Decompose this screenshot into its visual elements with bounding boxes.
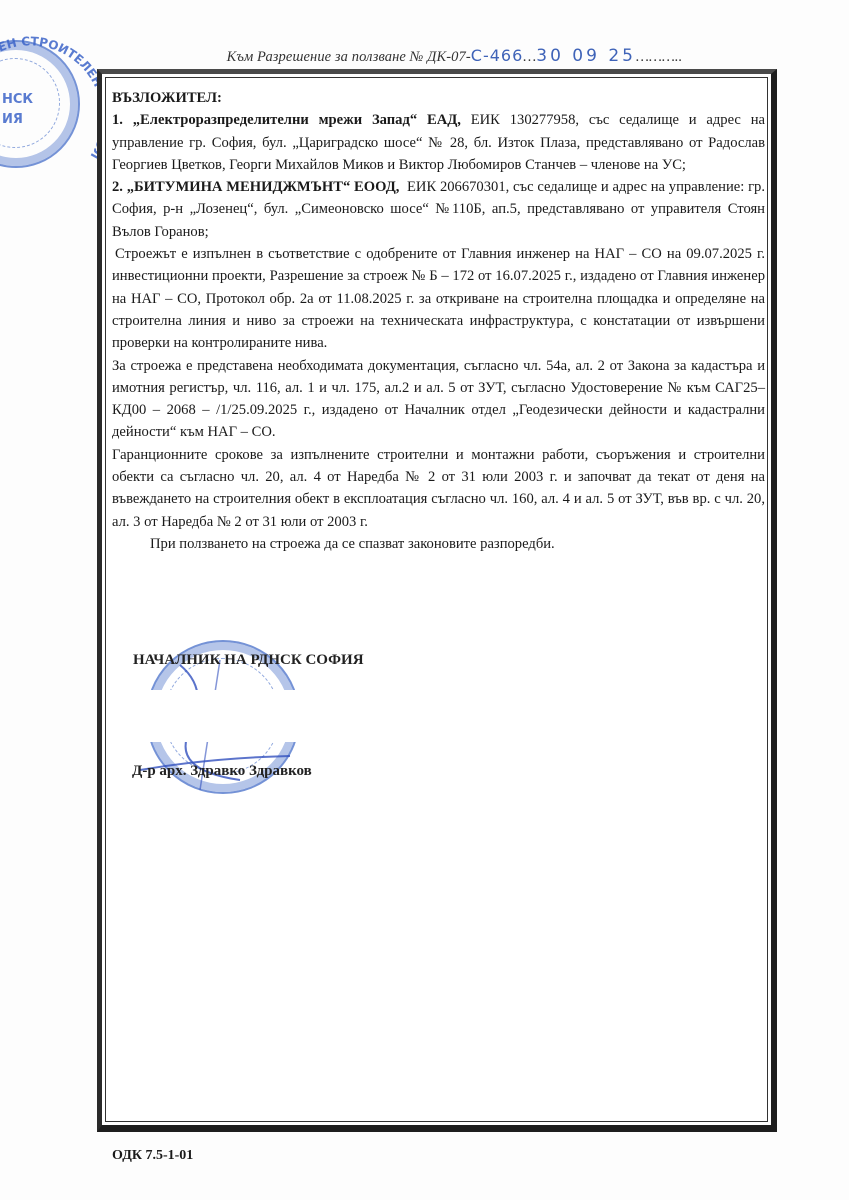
permit-reference-line: Към Разрешение за ползване № ДК-07-С-466… [0, 46, 849, 66]
stamp-text-line1: НСК [2, 92, 33, 107]
assignor-heading: ВЪЗЛОЖИТЕЛ: [112, 87, 765, 109]
paragraph-warranty: Гаранционните срокове за изпълнените стр… [112, 444, 765, 533]
assignor-party-2: 2. „БИТУМИНА МЕНИДЖМЪНТ“ ЕООД, ЕИК 20667… [112, 176, 765, 243]
assignor-party-1: 1. „Електроразпределителни мрежи Запад“ … [112, 109, 765, 176]
party-2-name: 2. „БИТУМИНА МЕНИДЖМЪНТ“ ЕООД, [112, 179, 399, 195]
dots: … [523, 49, 536, 65]
redacted-signature-area [130, 690, 305, 742]
signatory-title: НАЧАЛНИК НА РДНСК СОФИЯ [133, 652, 364, 669]
paragraph-usage: При ползването на строежа да се спазват … [112, 533, 765, 555]
dots: ……….. [636, 49, 682, 65]
party-1-name: 1. „Електроразпределителни мрежи Запад“ … [112, 112, 461, 128]
paragraph-documentation: За строежа е представена необходимата до… [112, 355, 765, 444]
signatory-name: Д-р арх. Здравко Здравков [132, 763, 312, 780]
stamp-text-line2: ИЯ [2, 112, 23, 127]
handwritten-permit-number: С-466 [471, 46, 523, 65]
document-body: ВЪЗЛОЖИТЕЛ: 1. „Електроразпределителни м… [112, 87, 765, 555]
paragraph-construction: Строежът е изпълнен в съответствие с одо… [112, 243, 765, 354]
form-code: ОДК 7.5-1-01 [112, 1148, 193, 1164]
permit-reference-prefix: Към Разрешение за ползване № ДК-07- [227, 49, 471, 65]
handwritten-permit-date: 30 09 25 [536, 46, 636, 66]
